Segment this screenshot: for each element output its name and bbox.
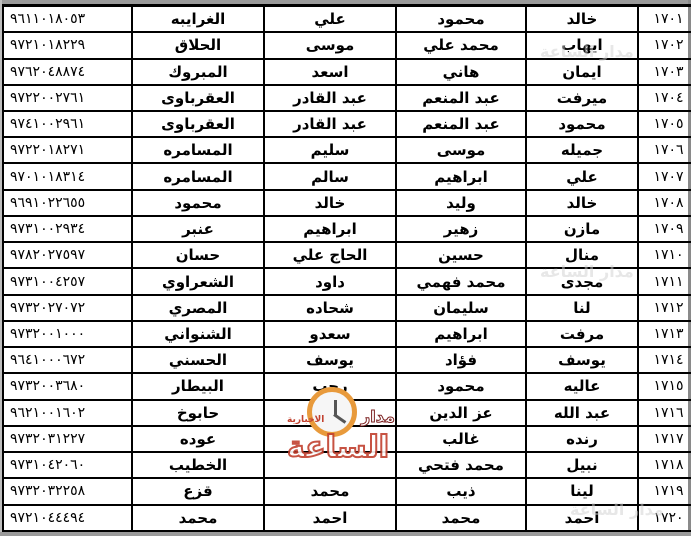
national-id-cell: ٩٧٨٢٠٢٧٥٩٧ [3,242,132,268]
family-name-cell: الخطيب [132,452,264,478]
family-name-cell: الحسني [132,347,264,373]
first-name-cell: لنا [526,295,638,321]
family-name-cell: عنبر [132,216,264,242]
serial-number-cell: ١٧١٢ [638,295,691,321]
family-name-cell: البيطار [132,373,264,399]
document-frame: ١٧٠١خالدمحمودعليالغرايبه٩٦١١٠١٨٠٥٣١٧٠٢اي… [0,0,691,536]
first-name-cell: يوسف [526,347,638,373]
serial-number-cell: ١٧٠٤ [638,85,691,111]
table-row: ١٧١٢لناسليمانشحادهالمصري٩٧٣٢٠٢٧٠٧٢ [3,295,691,321]
national-id-cell: ٩٧٣٢٠٢٧٠٧٢ [3,295,132,321]
family-name-cell: العقرباوى [132,111,264,137]
grandfather-name-cell: ابراهيم [264,216,396,242]
national-id-cell: ٩٧٢٢٠٠٢٧٦١ [3,85,132,111]
table-row: ١٧٠٣ايمانهانياسعدالمبروك٩٧٦٢٠٤٨٨٧٤ [3,59,691,85]
grandfather-name-cell: محمد [264,478,396,504]
grandfather-name-cell: حاتم [264,400,396,426]
table-row: ١٧١٨نبيلمحمد فتحيالخطيب٩٧٣١٠٤٢٠٦٠ [3,452,691,478]
first-name-cell: مرفت [526,321,638,347]
father-name-cell: فؤاد [396,347,526,373]
table-row: ١٧٠٧عليابراهيمسالمالمسامره٩٧٠١٠١٨٣١٤ [3,163,691,189]
grandfather-name-cell: خالد [264,190,396,216]
family-name-cell: محمود [132,190,264,216]
table-row: ١٧١٥عاليهمحمودرجبالبيطار٩٧٣٢٠٠٣٦٨٠ [3,373,691,399]
family-name-cell: الشنواني [132,321,264,347]
family-name-cell: المبروك [132,59,264,85]
grandfather-name-cell [264,452,396,478]
grandfather-name-cell: اسعد [264,59,396,85]
national-id-cell: ٩٧٣١٠٠٤٢٥٧ [3,268,132,294]
table-row: ١٧١٦عبد اللهعز الدينحاتمحابوخ٩٦٢١٠٠١٦٠٢ [3,400,691,426]
family-name-cell: الغرايبه [132,6,264,33]
father-name-cell: محمد علي [396,32,526,58]
grandfather-name-cell: عبد القادر [264,111,396,137]
father-name-cell: زهير [396,216,526,242]
national-id-cell: ٩٦٩١٠٢٢٦٥٥ [3,190,132,216]
father-name-cell: محمد [396,505,526,532]
serial-number-cell: ١٧٠٨ [638,190,691,216]
serial-number-cell: ١٧٠٦ [638,137,691,163]
first-name-cell: خالد [526,190,638,216]
first-name-cell: علي [526,163,638,189]
table-row: ١٧٠٥محمودعبد المنعمعبد القادرالعقرباوى٩٧… [3,111,691,137]
serial-number-cell: ١٧٠٣ [638,59,691,85]
serial-number-cell: ١٧١٠ [638,242,691,268]
father-name-cell: عبد المنعم [396,111,526,137]
serial-number-cell: ١٧١٧ [638,426,691,452]
first-name-cell: مازن [526,216,638,242]
father-name-cell: سليمان [396,295,526,321]
father-name-cell: محمود [396,6,526,33]
serial-number-cell: ١٧٠١ [638,6,691,33]
grandfather-name-cell: يوسف [264,347,396,373]
national-id-cell: ٩٦١١٠١٨٠٥٣ [3,6,132,33]
first-name-cell: منال [526,242,638,268]
father-name-cell: ابراهيم [396,321,526,347]
table-row: ١٧١٣مرفتابراهيمسعدوالشنواني٩٧٣٢٠٠١٠٠٠ [3,321,691,347]
grandfather-name-cell: علي [264,6,396,33]
national-id-cell: ٩٧٢١٠٤٤٤٩٤ [3,505,132,532]
national-id-cell: ٩٦٢١٠٠١٦٠٢ [3,400,132,426]
grandfather-name-cell: موسى [264,32,396,58]
national-id-cell: ٩٧٢٢٠١٨٢٧١ [3,137,132,163]
first-name-cell: نبيل [526,452,638,478]
serial-number-cell: ١٧١٣ [638,321,691,347]
serial-number-cell: ١٧٠٧ [638,163,691,189]
national-id-cell: ٩٧٦٢٠٤٨٨٧٤ [3,59,132,85]
father-name-cell: حسين [396,242,526,268]
serial-number-cell: ١٧٠٢ [638,32,691,58]
table-row: ١٧١١مجدىمحمد فهميداودالشعراوي٩٧٣١٠٠٤٢٥٧ [3,268,691,294]
father-name-cell: ابراهيم [396,163,526,189]
grandfather-name-cell: سالم [264,163,396,189]
national-id-cell: ٩٧٣٢٠٣١٢٢٧ [3,426,132,452]
father-name-cell: هاني [396,59,526,85]
family-name-cell: محمد [132,505,264,532]
table-row: ١٧٠٦جميلهموسىسليمالمسامره٩٧٢٢٠١٨٢٧١ [3,137,691,163]
table-row: ١٧٠٩مازنزهيرابراهيمعنبر٩٧٣١٠٠٢٩٣٤ [3,216,691,242]
family-name-cell: قزع [132,478,264,504]
grandfather-name-cell: احمد [264,505,396,532]
grandfather-name-cell: سعدو [264,321,396,347]
first-name-cell: مجدى [526,268,638,294]
table-row: ١٧١٧رندهغالبعوده٩٧٣٢٠٣١٢٢٧ [3,426,691,452]
national-id-cell: ٩٧٣٢٠٠١٠٠٠ [3,321,132,347]
records-table-body: ١٧٠١خالدمحمودعليالغرايبه٩٦١١٠١٨٠٥٣١٧٠٢اي… [3,6,691,532]
national-id-cell: ٩٧٤١٠٠٢٩٦١ [3,111,132,137]
serial-number-cell: ١٧١٨ [638,452,691,478]
first-name-cell: احمد [526,505,638,532]
national-id-cell: ٩٧٣٢٠٠٣٦٨٠ [3,373,132,399]
serial-number-cell: ١٧١٦ [638,400,691,426]
table-row: ١٧٠١خالدمحمودعليالغرايبه٩٦١١٠١٨٠٥٣ [3,6,691,33]
family-name-cell: حسان [132,242,264,268]
father-name-cell: عز الدين [396,400,526,426]
national-id-cell: ٩٧٣١٠٠٢٩٣٤ [3,216,132,242]
father-name-cell: محمود [396,373,526,399]
first-name-cell: رنده [526,426,638,452]
national-id-cell: ٩٦٤١٠٠٠٦٧٢ [3,347,132,373]
grandfather-name-cell: شحاده [264,295,396,321]
serial-number-cell: ١٧١٥ [638,373,691,399]
table-row: ١٧٠٨خالدوليدخالدمحمود٩٦٩١٠٢٢٦٥٥ [3,190,691,216]
grandfather-name-cell: داود [264,268,396,294]
table-row: ١٧١٠منالحسينالحاج عليحسان٩٧٨٢٠٢٧٥٩٧ [3,242,691,268]
family-name-cell: الحلاق [132,32,264,58]
serial-number-cell: ١٧١٩ [638,478,691,504]
first-name-cell: ميرفت [526,85,638,111]
father-name-cell: موسى [396,137,526,163]
first-name-cell: عبد الله [526,400,638,426]
table-row: ١٧١٩ليناذيبمحمدقزع٩٧٣٢٠٣٢٢٥٨ [3,478,691,504]
grandfather-name-cell: الحاج علي [264,242,396,268]
family-name-cell: المسامره [132,137,264,163]
family-name-cell: الشعراوي [132,268,264,294]
national-id-cell: ٩٧٠١٠١٨٣١٤ [3,163,132,189]
first-name-cell: عاليه [526,373,638,399]
first-name-cell: لينا [526,478,638,504]
table-row: ١٧٢٠احمدمحمداحمدمحمد٩٧٢١٠٤٤٤٩٤ [3,505,691,532]
serial-number-cell: ١٧١٤ [638,347,691,373]
family-name-cell: المسامره [132,163,264,189]
serial-number-cell: ١٧٠٥ [638,111,691,137]
family-name-cell: المصري [132,295,264,321]
father-name-cell: غالب [396,426,526,452]
first-name-cell: خالد [526,6,638,33]
national-id-cell: ٩٧٣٢٠٣٢٢٥٨ [3,478,132,504]
grandfather-name-cell: رجب [264,373,396,399]
family-name-cell: عوده [132,426,264,452]
father-name-cell: عبد المنعم [396,85,526,111]
table-row: ١٧٠٤ميرفتعبد المنعمعبد القادرالعقرباوى٩٧… [3,85,691,111]
grandfather-name-cell [264,426,396,452]
grandfather-name-cell: سليم [264,137,396,163]
serial-number-cell: ١٧٢٠ [638,505,691,532]
bottom-border [0,532,691,536]
grandfather-name-cell: عبد القادر [264,85,396,111]
father-name-cell: وليد [396,190,526,216]
father-name-cell: ذيب [396,478,526,504]
first-name-cell: جميله [526,137,638,163]
serial-number-cell: ١٧١١ [638,268,691,294]
table-row: ١٧١٤يوسففؤاديوسفالحسني٩٦٤١٠٠٠٦٧٢ [3,347,691,373]
first-name-cell: محمود [526,111,638,137]
father-name-cell: محمد فتحي [396,452,526,478]
national-id-cell: ٩٧٣١٠٤٢٠٦٠ [3,452,132,478]
first-name-cell: ايمان [526,59,638,85]
family-name-cell: حابوخ [132,400,264,426]
father-name-cell: محمد فهمي [396,268,526,294]
first-name-cell: ايهاب [526,32,638,58]
national-id-cell: ٩٧٢١٠١٨٢٢٩ [3,32,132,58]
family-name-cell: العقرباوى [132,85,264,111]
records-table: ١٧٠١خالدمحمودعليالغرايبه٩٦١١٠١٨٠٥٣١٧٠٢اي… [2,4,691,532]
serial-number-cell: ١٧٠٩ [638,216,691,242]
table-row: ١٧٠٢ايهابمحمد عليموسىالحلاق٩٧٢١٠١٨٢٢٩ [3,32,691,58]
